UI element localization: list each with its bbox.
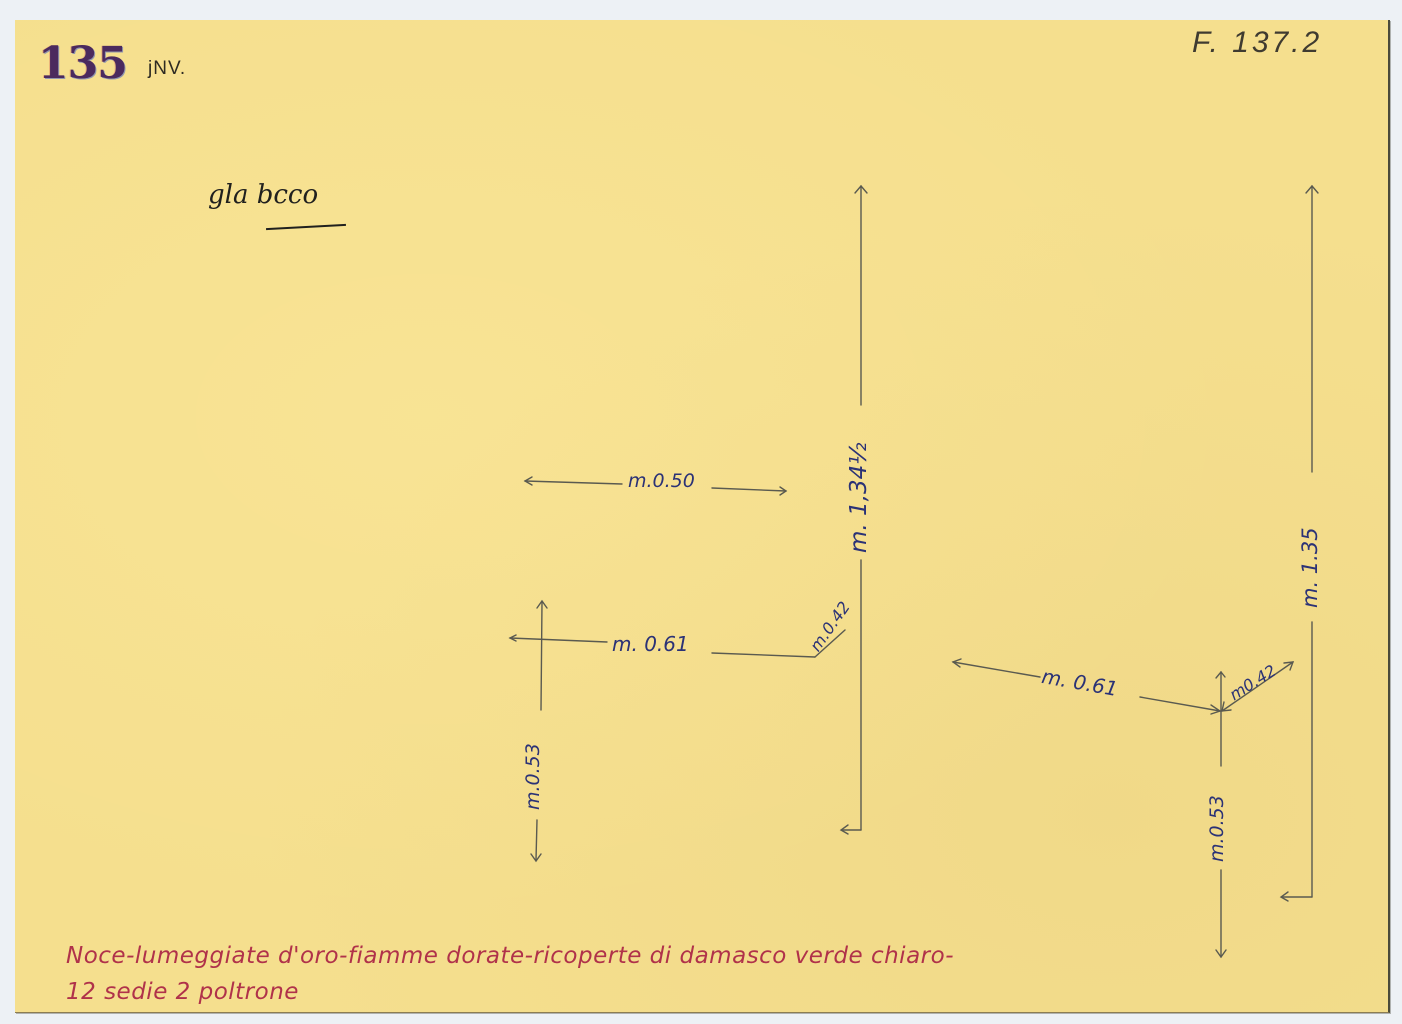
left-height-label: m. 1,34½ — [846, 442, 872, 553]
inventory-label: jNV. — [148, 58, 186, 80]
left-seat-width-label: m. 0.61 — [612, 632, 689, 656]
right-seat-height-label: m.0.53 — [1206, 795, 1228, 862]
inventory-number-stamp: 135 — [38, 38, 127, 89]
caption-line-2: 12 sedie 2 poltrone — [66, 974, 954, 1010]
description-caption: Noce-lumeggiate d'oro-fiamme dorate-rico… — [66, 938, 954, 1010]
scanned-card-document: 135 jNV. F. 137.2 gla bcco m.0.50 m. 1,3… — [0, 0, 1402, 1024]
left-top-width-label: m.0.50 — [628, 470, 695, 492]
handwritten-signature: gla bcco — [208, 180, 318, 210]
left-seat-height-label: m.0.53 — [522, 743, 544, 810]
right-height-label: m. 1.35 — [1298, 527, 1322, 608]
reference-number: F. 137.2 — [1192, 26, 1322, 60]
dimension-drawing — [0, 0, 1402, 1024]
caption-line-1: Noce-lumeggiate d'oro-fiamme dorate-rico… — [66, 938, 954, 974]
